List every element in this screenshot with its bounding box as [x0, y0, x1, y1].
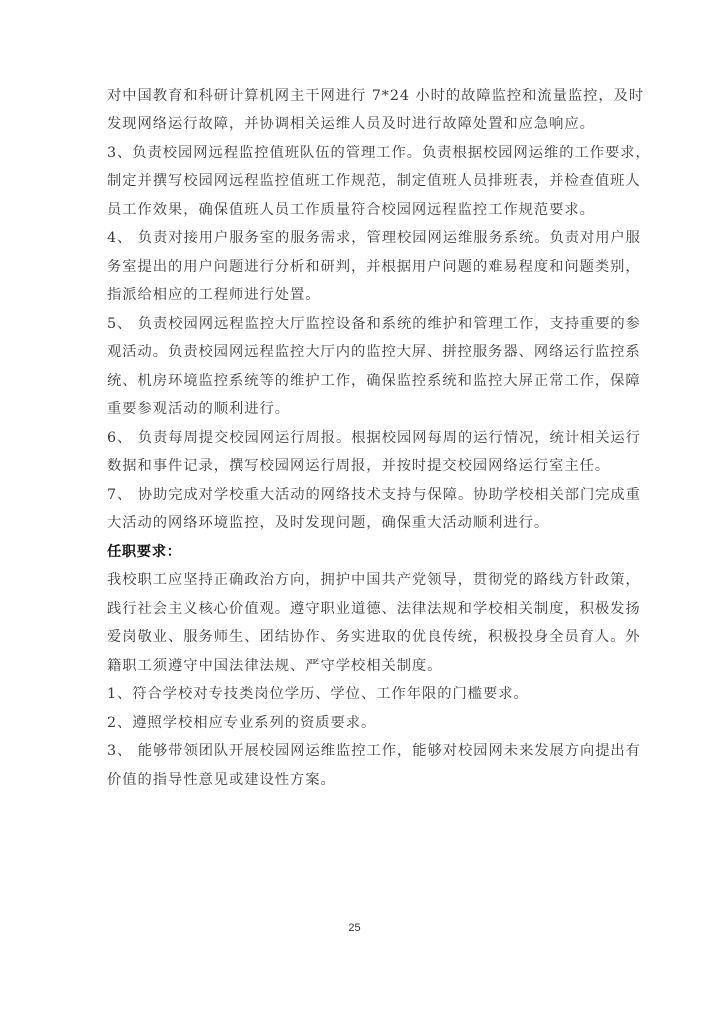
requirement-item-1: 1、符合学校对专技类岗位学历、学位、工作年限的门槛要求。	[107, 684, 529, 704]
duty-text-line: 观活动。负责校园网远程监控大厅内的监控大屏、拼控服务器、网络运行监控系	[107, 342, 641, 362]
duty-text-line: 重要参观活动的顺利进行。	[107, 399, 290, 419]
duty-text-line: 统、机房环境监控系统等的维护工作，确保监控系统和监控大屏正常工作，保障	[107, 371, 641, 391]
requirements-text-line: 籍职工须遵守中国法律法规、严守学校相关制度。	[107, 656, 442, 676]
page-number: 25	[0, 922, 709, 934]
duty-item-4: 4、 负责对接用户服务室的服务需求，管理校园网运维服务系统。负责对用户服	[107, 228, 641, 248]
duty-item-7: 7、 协助完成对学校重大活动的网络技术支持与保障。协助学校相关部门完成重	[107, 485, 641, 505]
requirements-heading: 任职要求：	[107, 542, 181, 562]
duty-text-line: 大活动的网络环境监控，及时发现问题，确保重大活动顺利进行。	[107, 513, 549, 533]
duty-text-line: 员工作效果，确保值班人员工作质量符合校园网远程监控工作规范要求。	[107, 200, 595, 220]
requirements-text-line: 爱岗敬业、服务师生、团结协作、务实进取的优良传统，积极投身全员育人。外	[107, 627, 641, 647]
requirements-text-line: 价值的指导性意见或建设性方案。	[107, 770, 336, 790]
duty-text-line: 指派给相应的工程师进行处置。	[107, 285, 320, 305]
duty-text-line: 发现网络运行故障，并协调相关运维人员及时进行故障处置和应急响应。	[107, 114, 595, 134]
duty-text-line: 对中国教育和科研计算机网主干网进行 7*24 小时的故障监控和流量监控，及时	[107, 86, 644, 106]
requirements-text-line: 我校职工应坚持正确政治方向，拥护中国共产党领导，贯彻党的路线方针政策，	[107, 570, 641, 590]
duty-item-6: 6、 负责每周提交校园网运行周报。根据校园网每周的运行情况，统计相关运行	[107, 428, 641, 448]
requirements-text-line: 践行社会主义核心价值观。遵守职业道德、法律法规和学校相关制度，积极发扬	[107, 599, 641, 619]
requirement-item-2: 2、遵照学校相应专业系列的资质要求。	[107, 713, 376, 733]
duty-text-line: 务室提出的用户问题进行分析和研判，并根据用户问题的难易程度和问题类别，	[107, 257, 641, 277]
duty-text-line: 数据和事件记录，撰写校园网运行周报，并按时提交校园网络运行室主任。	[107, 456, 610, 476]
duty-item-3: 3、负责校园网远程监控值班队伍的管理工作。负责根据校园网运维的工作要求，	[107, 143, 651, 163]
duty-text-line: 制定并撰写校园网远程监控值班工作规范，制定值班人员排班表，并检查值班人	[107, 171, 641, 191]
duty-item-5: 5、 负责校园网远程监控大厅监控设备和系统的维护和管理工作，支持重要的参	[107, 314, 641, 334]
requirement-item-3: 3、 能够带领团队开展校园网运维监控工作，能够对校园网未来发展方向提出有	[107, 741, 641, 761]
